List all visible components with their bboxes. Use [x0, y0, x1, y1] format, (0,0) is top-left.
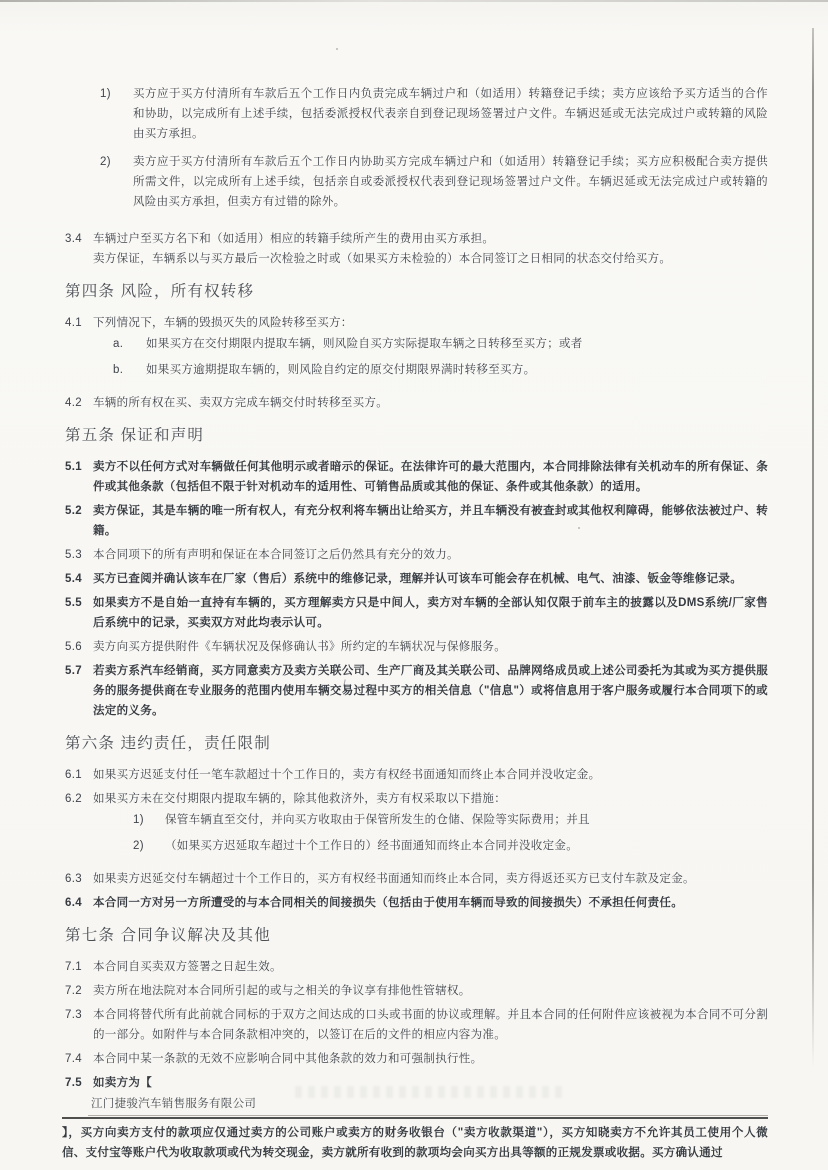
clause-number: 6.2 [65, 789, 93, 809]
scan-vertical-line-artifact [812, 28, 814, 1068]
clause-number: 7.4 [65, 1049, 93, 1069]
page-content: 1) 买方应于买方付清所有车款后五个工作日内负责完成车辆过户和（如适用）转籍登记… [65, 84, 768, 1163]
clause-number: 5.1 [65, 457, 93, 497]
clause-number: 7.3 [65, 1005, 93, 1045]
item-number: 1) [133, 810, 165, 830]
letter-item-b: b. 如果买方逾期提取车辆的，则风险自约定的原交付期限界满时转移至买方。 [113, 360, 768, 380]
clause-7-5-continuation: 】，买方向卖方支付的款项应仅通过卖方的公司账户或卖方的财务收银台（"卖方收款渠道… [62, 1123, 768, 1163]
clause-text: 车辆的所有权在买、卖双方完成车辆交付时转移至买方。 [93, 393, 768, 413]
clause-lead-text: 如卖方为【 [93, 1073, 768, 1093]
item-text: 如果买方逾期提取车辆的，则风险自约定的原交付期限界满时转移至买方。 [146, 360, 768, 380]
clause-7-5: 7.5 如卖方为【 [65, 1073, 768, 1093]
clause-text: 本合同项下的所有声明和保证在本合同签订之后仍然具有充分的效力。 [93, 545, 768, 565]
clause-text: 下列情况下，车辆的毁损灭失的风险转移至买方： [93, 313, 768, 333]
clause-5-3: 5.3 本合同项下的所有声明和保证在本合同签订之后仍然具有充分的效力。 [65, 545, 768, 565]
clause-text: 如果卖方不是自始一直持有车辆的，买方理解卖方只是中间人，卖方对车辆的全部认知仅限… [93, 593, 768, 633]
item-number: 2) [100, 152, 133, 212]
clause-4-1: 4.1 下列情况下，车辆的毁损灭失的风险转移至买方： [65, 313, 768, 333]
clause-number: 5.5 [65, 593, 93, 633]
list-item-2: 2) 卖方应于买方付清所有车款后五个工作日内协助买方完成车辆过户和（如适用）转籍… [100, 152, 768, 212]
sub-item-6-2-1: 1) 保管车辆直至交付，并向买方收取由于保管所发生的仓储、保险等实际费用；并且 [133, 810, 768, 830]
item-text: 卖方应于买方付清所有车款后五个工作日内协助买方完成车辆过户和（如适用）转籍登记手… [133, 152, 768, 212]
clause-5-2: 5.2 卖方保证，其是车辆的唯一所有权人，有充分权利将车辆出让给买方，并且车辆没… [65, 501, 768, 541]
sub-item-6-2-2: 2) （如果买方迟延取车超过十个工作日的）经书面通知而终止本合同并没收定金。 [133, 836, 768, 856]
clause-text-line: 卖方保证，车辆系以与买方最后一次检验之时或（如果买方未检验的）本合同签订之日相同… [93, 249, 768, 269]
clause-5-5: 5.5 如果卖方不是自始一直持有车辆的，买方理解卖方只是中间人，卖方对车辆的全部… [65, 593, 768, 633]
item-number: b. [113, 360, 146, 380]
clause-5-1: 5.1 卖方不以任何方式对车辆做任何其他明示或者暗示的保证。在法律许可的最大范围… [65, 457, 768, 497]
clause-text: 卖方不以任何方式对车辆做任何其他明示或者暗示的保证。在法律许可的最大范围内，本合… [93, 457, 768, 497]
clause-7-2: 7.2 卖方所在地法院对本合同所引起的或与之相关的争议享有排他性管辖权。 [65, 981, 768, 1001]
item-text: 如果买方在交付期限内提取车辆，则风险自买方实际提取车辆之日转移至买方；或者 [146, 334, 768, 354]
fill-in-underline [62, 1117, 768, 1119]
clause-3-4: 3.4 车辆过户至买方名下和（如适用）相应的转籍手续所产生的费用由买方承担。 卖… [65, 229, 768, 269]
clause-number: 4.2 [65, 393, 93, 413]
clause-text: 卖方保证，其是车辆的唯一所有权人，有充分权利将车辆出让给买方，并且车辆没有被查封… [93, 501, 768, 541]
clause-text: 如果买方迟延支付任一笔车款超过十个工作日的，卖方有权经书面通知而终止本合同并没收… [93, 765, 768, 785]
scan-speck [336, 48, 338, 50]
clause-number: 6.1 [65, 765, 93, 785]
section-heading-article-7: 第七条 合同争议解决及其他 [65, 925, 768, 947]
contract-page: 1) 买方应于买方付清所有车款后五个工作日内负责完成车辆过户和（如适用）转籍登记… [0, 0, 828, 1170]
clause-5-7: 5.7 若卖方系汽车经销商，买方同意卖方及卖方关联公司、生产厂商及其关联公司、品… [65, 661, 768, 721]
clause-number: 5.4 [65, 569, 93, 589]
clause-7-1: 7.1 本合同自买卖双方签署之日起生效。 [65, 957, 768, 977]
item-text: （如果买方迟延取车超过十个工作日的）经书面通知而终止本合同并没收定金。 [165, 836, 768, 856]
clause-text: 若卖方系汽车经销商，买方同意卖方及卖方关联公司、生产厂商及其关联公司、品牌网络成… [93, 661, 768, 721]
clause-6-1: 6.1 如果买方迟延支付任一笔车款超过十个工作日的，卖方有权经书面通知而终止本合… [65, 765, 768, 785]
clause-number: 7.5 [65, 1073, 93, 1093]
list-item-1: 1) 买方应于买方付清所有车款后五个工作日内负责完成车辆过户和（如适用）转籍登记… [100, 84, 768, 144]
clause-text: 如果卖方迟延交付车辆超过十个工作日的，买方有权经书面通知而终止本合同，卖方得返还… [93, 869, 768, 889]
clause-text: 本合同一方对另一方所遭受的与本合同相关的间接损失（包括由于使用车辆而导致的间接损… [93, 893, 768, 913]
item-number: 2) [133, 836, 165, 856]
clause-text: 车辆过户至买方名下和（如适用）相应的转籍手续所产生的费用由买方承担。 卖方保证，… [93, 229, 768, 269]
clause-text: 买方已查阅并确认该车在厂家（售后）系统中的维修记录，理解并认可该车可能会存在机械… [93, 569, 768, 589]
clause-text: 本合同自买卖双方签署之日起生效。 [93, 957, 768, 977]
clause-text: 卖方所在地法院对本合同所引起的或与之相关的争议享有排他性管辖权。 [93, 981, 768, 1001]
seller-company-name: 江门捷骏汽车销售服务有限公司 [88, 1094, 768, 1116]
item-number: 1) [100, 84, 133, 144]
clause-text: 本合同将替代所有此前就合同标的于双方之间达成的口头或书面的协议或理解。并且本合同… [93, 1005, 768, 1045]
clause-5-4: 5.4 买方已查阅并确认该车在厂家（售后）系统中的维修记录，理解并认可该车可能会… [65, 569, 768, 589]
clause-number: 5.3 [65, 545, 93, 565]
clause-number: 7.1 [65, 957, 93, 977]
clause-6-2: 6.2 如果买方未在交付期限内提取车辆的，除其他救济外，卖方有权采取以下措施： [65, 789, 768, 809]
clause-number: 3.4 [65, 229, 93, 269]
clause-6-4: 6.4 本合同一方对另一方所遭受的与本合同相关的间接损失（包括由于使用车辆而导致… [65, 893, 768, 913]
item-text: 买方应于买方付清所有车款后五个工作日内负责完成车辆过户和（如适用）转籍登记手续；… [133, 84, 768, 144]
letter-item-a: a. 如果买方在交付期限内提取车辆，则风险自买方实际提取车辆之日转移至买方；或者 [113, 334, 768, 354]
section-heading-article-6: 第六条 违约责任，责任限制 [65, 733, 768, 755]
clause-number: 4.1 [65, 313, 93, 333]
clause-6-3: 6.3 如果卖方迟延交付车辆超过十个工作日的，买方有权经书面通知而终止本合同，卖… [65, 869, 768, 889]
clause-number: 6.3 [65, 869, 93, 889]
clause-text: 本合同中某一条款的无效不应影响合同中其他条款的效力和可强制执行性。 [93, 1049, 768, 1069]
clause-number: 5.7 [65, 661, 93, 721]
clause-number: 6.4 [65, 893, 93, 913]
clause-7-4: 7.4 本合同中某一条款的无效不应影响合同中其他条款的效力和可强制执行性。 [65, 1049, 768, 1069]
item-text: 保管车辆直至交付，并向买方收取由于保管所发生的仓储、保险等实际费用；并且 [165, 810, 768, 830]
scan-top-edge-artifact [0, 0, 828, 2]
clause-number: 7.2 [65, 981, 93, 1001]
clause-number: 5.6 [65, 637, 93, 657]
clause-7-3: 7.3 本合同将替代所有此前就合同标的于双方之间达成的口头或书面的协议或理解。并… [65, 1005, 768, 1045]
clause-number: 5.2 [65, 501, 93, 541]
clause-text: 如果买方未在交付期限内提取车辆的，除其他救济外，卖方有权采取以下措施： [93, 789, 768, 809]
clause-4-2: 4.2 车辆的所有权在买、卖双方完成车辆交付时转移至买方。 [65, 393, 768, 413]
clause-5-6: 5.6 卖方向买方提供附件《车辆状况及保修确认书》所约定的车辆状况与保修服务。 [65, 637, 768, 657]
item-number: a. [113, 334, 146, 354]
clause-text-line: 车辆过户至买方名下和（如适用）相应的转籍手续所产生的费用由买方承担。 [93, 229, 768, 249]
section-heading-article-5: 第五条 保证和声明 [65, 425, 768, 447]
clause-text: 卖方向买方提供附件《车辆状况及保修确认书》所约定的车辆状况与保修服务。 [93, 637, 768, 657]
section-heading-article-4: 第四条 风险，所有权转移 [65, 281, 768, 303]
